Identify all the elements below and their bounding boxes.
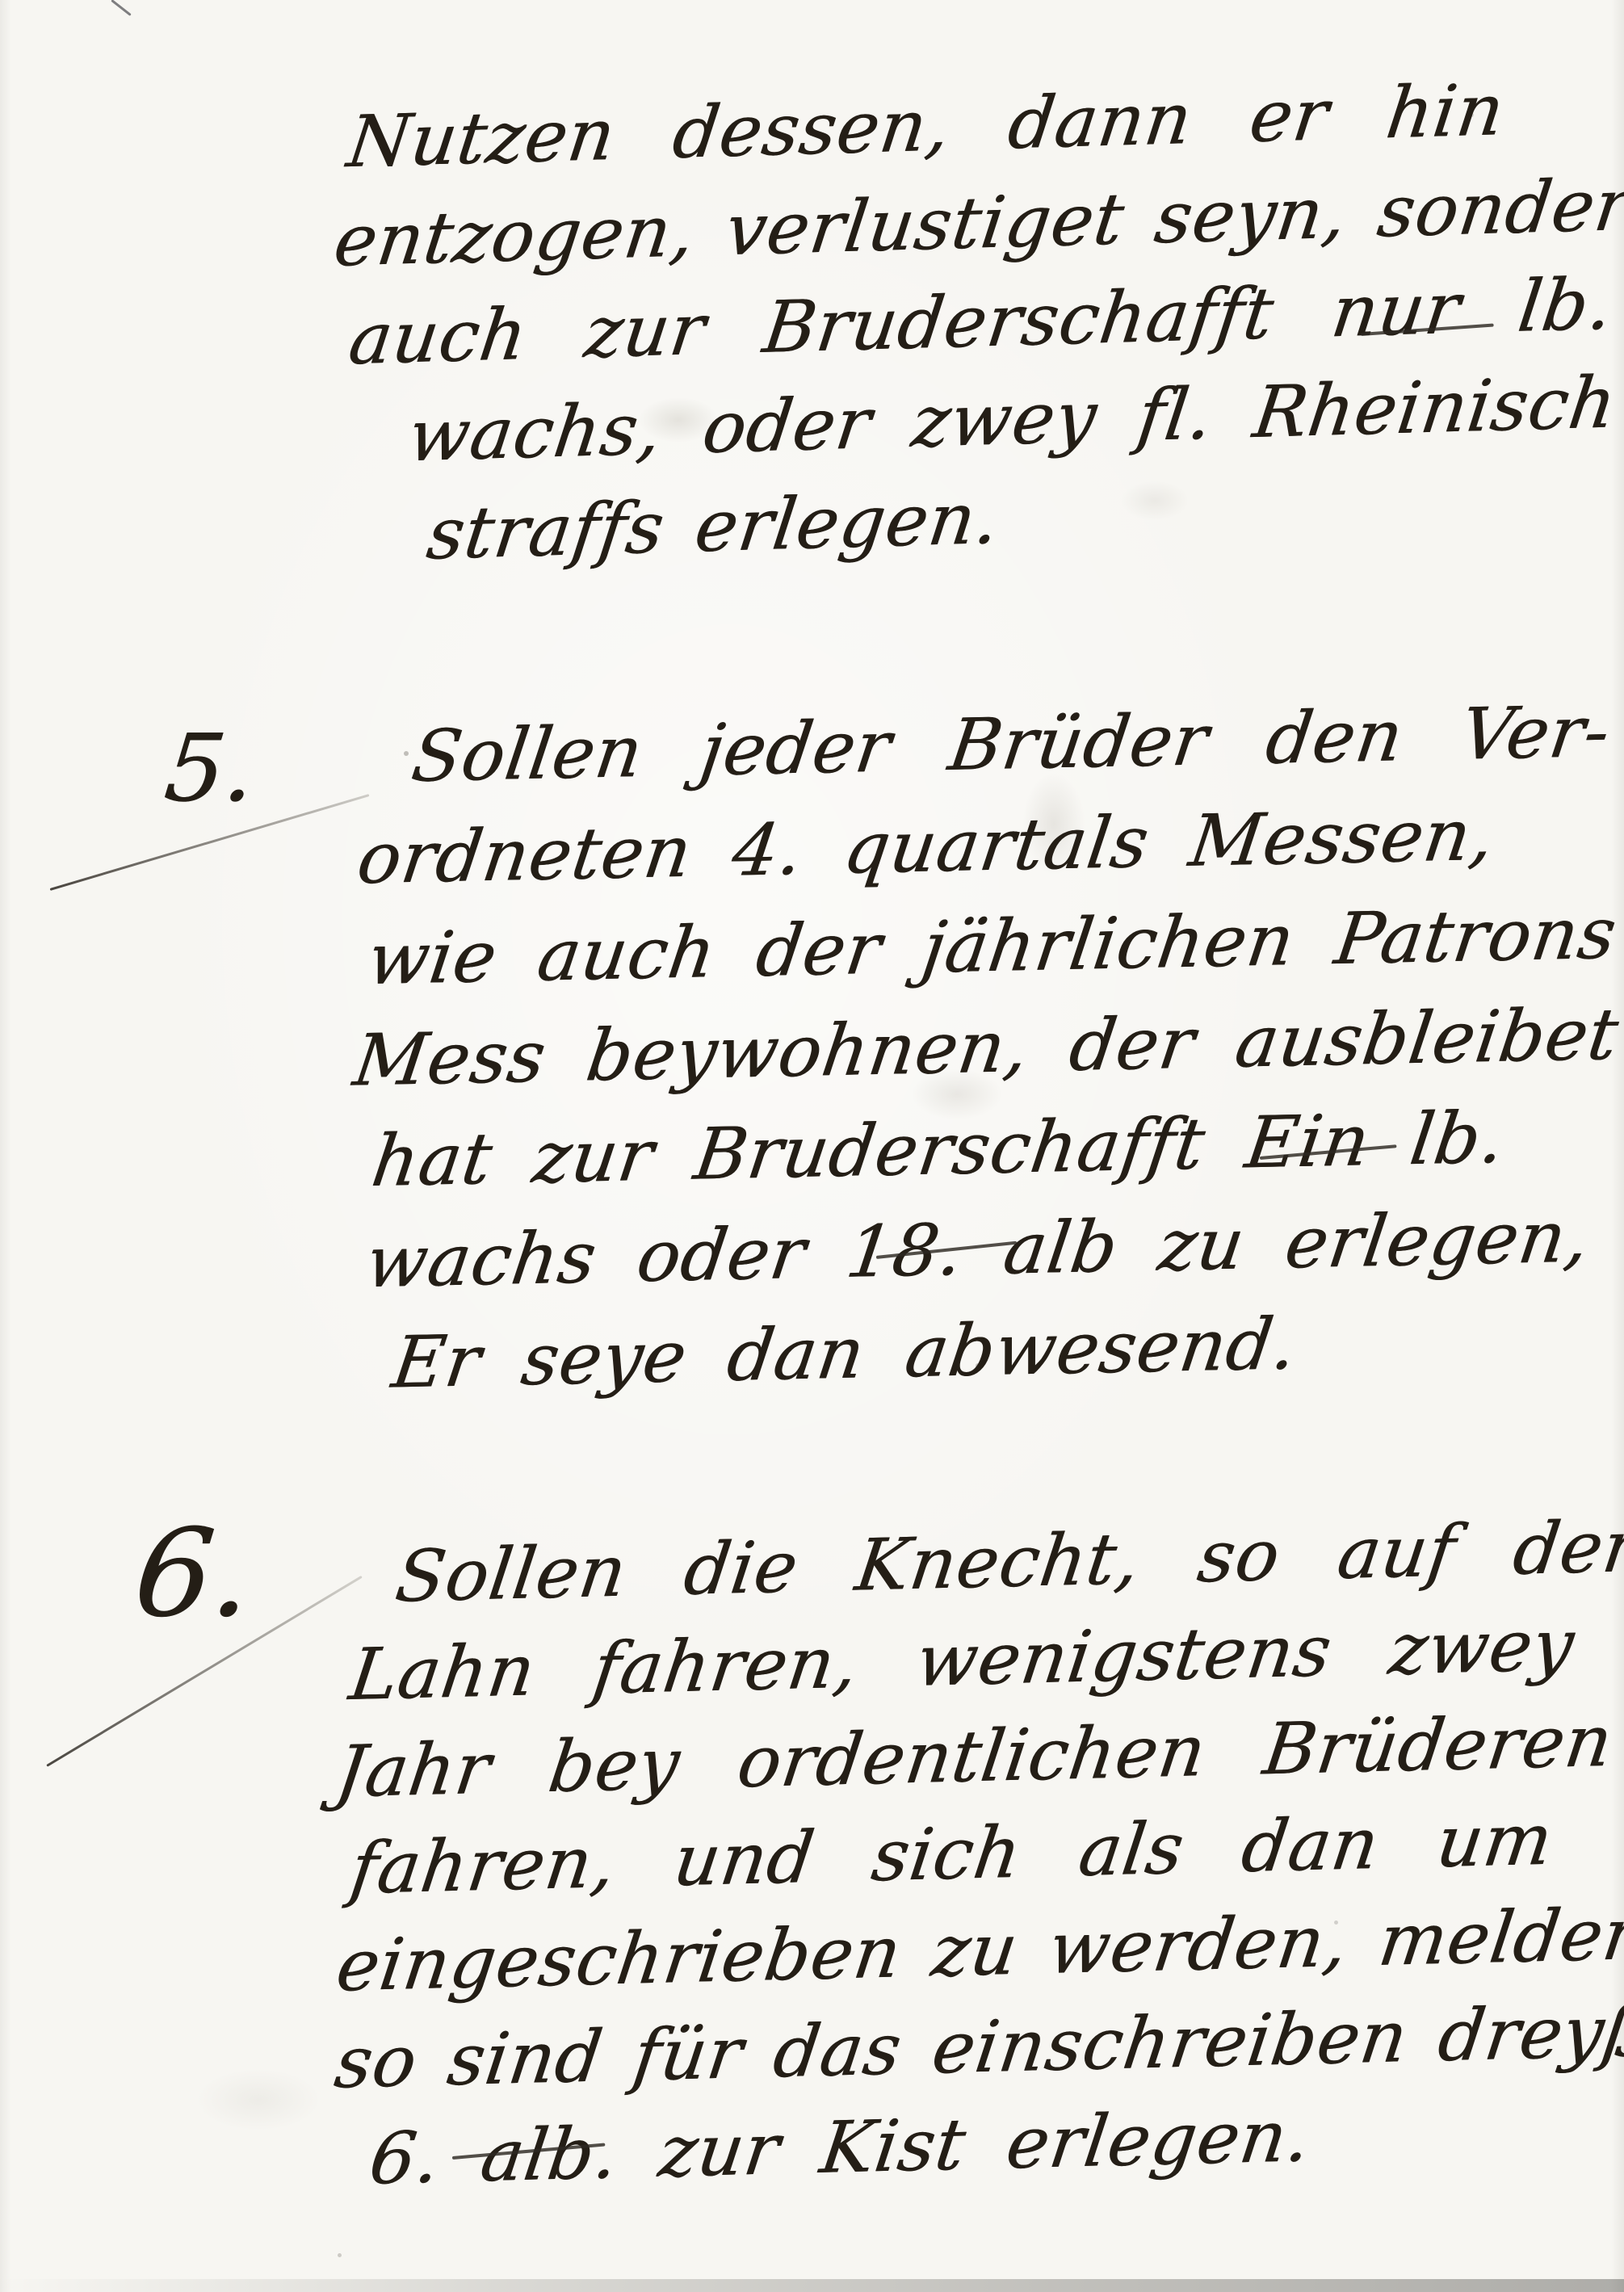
article-6-number: 6. (128, 1504, 258, 1644)
article-5-number: 5. (160, 715, 260, 823)
article-6-paragraph: Sollen die Knecht, so auf der Lahn fahre… (315, 1497, 1624, 2209)
stray-pen-mark (111, 0, 131, 16)
article-5-paragraph: Sollen jeder Brüder den Ver- ordneten 4.… (331, 680, 1618, 1413)
manuscript-page: Nutzen dessen, dann er hin entzogen, ver… (0, 0, 1624, 2292)
scan-edge-shadow (0, 2279, 1624, 2292)
ink-speck (338, 2253, 342, 2257)
opening-paragraph: Nutzen dessen, dann er hin entzogen, ver… (323, 56, 1624, 586)
